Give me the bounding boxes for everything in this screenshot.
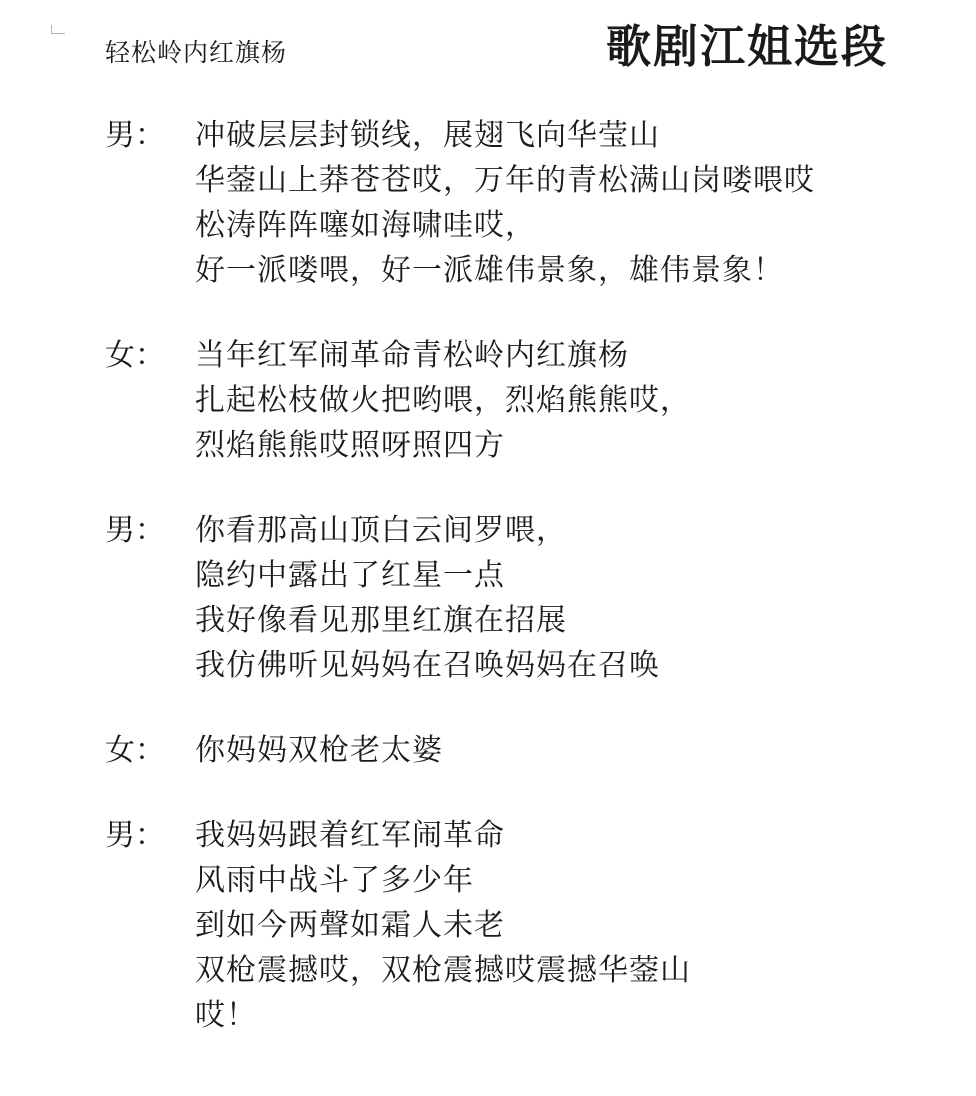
lyric-line: 你妈妈双枪老太婆 [195, 728, 976, 773]
speaker-label: 女： [105, 728, 195, 773]
lyric-line: 好一派喽喂，好一派雄伟景象，雄伟景象！ [195, 248, 976, 293]
lyric-line: 松涛阵阵噻如海啸哇哎， [195, 203, 976, 248]
verse: 男：我妈妈跟着红军闹革命风雨中战斗了多少年到如今两聲如霜人未老双枪震撼哎，双枪震… [105, 813, 976, 1038]
verse-lines: 当年红军闹革命青松岭内红旗杨扎起松枝做火把哟喂，烈焰熊熊哎，烈焰熊熊哎照呀照四方 [195, 333, 976, 468]
lyric-line: 我妈妈跟着红军闹革命 [195, 813, 976, 858]
lyric-line: 我好像看见那里红旗在招展 [195, 598, 976, 643]
document-page: 轻松岭内红旗杨 歌剧江姐选段 男：冲破层层封锁线，展翅飞向华莹山华蓥山上莽苍苍哎… [0, 0, 976, 1096]
lyric-line: 双枪震撼哎，双枪震撼哎震撼华蓥山 [195, 948, 976, 993]
verse-lines: 你看那高山顶白云间罗喂，隐约中露出了红星一点我好像看见那里红旗在招展我仿佛听见妈… [195, 508, 976, 688]
lyric-line: 当年红军闹革命青松岭内红旗杨 [195, 333, 976, 378]
verse-lines: 你妈妈双枪老太婆 [195, 728, 976, 773]
verse-lines: 我妈妈跟着红军闹革命风雨中战斗了多少年到如今两聲如霜人未老双枪震撼哎，双枪震撼哎… [195, 813, 976, 1038]
lyric-line: 我仿佛听见妈妈在召唤妈妈在召唤 [195, 643, 976, 688]
verse: 男：冲破层层封锁线，展翅飞向华莹山华蓥山上莽苍苍哎，万年的青松满山岗喽喂哎松涛阵… [105, 113, 976, 293]
lyric-line: 华蓥山上莽苍苍哎，万年的青松满山岗喽喂哎 [195, 158, 976, 203]
verse: 女：你妈妈双枪老太婆 [105, 728, 976, 773]
verse: 男：你看那高山顶白云间罗喂，隐约中露出了红星一点我好像看见那里红旗在招展我仿佛听… [105, 508, 976, 688]
lyric-line: 风雨中战斗了多少年 [195, 858, 976, 903]
header: 轻松岭内红旗杨 歌剧江姐选段 [0, 0, 976, 72]
speaker-label: 男： [105, 813, 195, 858]
speaker-label: 男： [105, 508, 195, 553]
page-corner-mark-icon [51, 25, 65, 34]
lyric-line: 烈焰熊熊哎照呀照四方 [195, 423, 976, 468]
song-subtitle: 轻松岭内红旗杨 [105, 38, 287, 68]
verse: 女：当年红军闹革命青松岭内红旗杨扎起松枝做火把哟喂，烈焰熊熊哎，烈焰熊熊哎照呀照… [105, 333, 976, 468]
lyric-line: 到如今两聲如霜人未老 [195, 903, 976, 948]
lyric-line: 隐约中露出了红星一点 [195, 553, 976, 598]
speaker-label: 男： [105, 113, 195, 158]
lyric-line: 哎！ [195, 993, 976, 1038]
lyric-line: 扎起松枝做火把哟喂，烈焰熊熊哎， [195, 378, 976, 423]
lyric-line: 你看那高山顶白云间罗喂， [195, 508, 976, 553]
lyrics-body: 男：冲破层层封锁线，展翅飞向华莹山华蓥山上莽苍苍哎，万年的青松满山岗喽喂哎松涛阵… [0, 72, 976, 1038]
page-title: 歌剧江姐选段 [606, 22, 888, 72]
speaker-label: 女： [105, 333, 195, 378]
lyric-line: 冲破层层封锁线，展翅飞向华莹山 [195, 113, 976, 158]
verse-lines: 冲破层层封锁线，展翅飞向华莹山华蓥山上莽苍苍哎，万年的青松满山岗喽喂哎松涛阵阵噻… [195, 113, 976, 293]
